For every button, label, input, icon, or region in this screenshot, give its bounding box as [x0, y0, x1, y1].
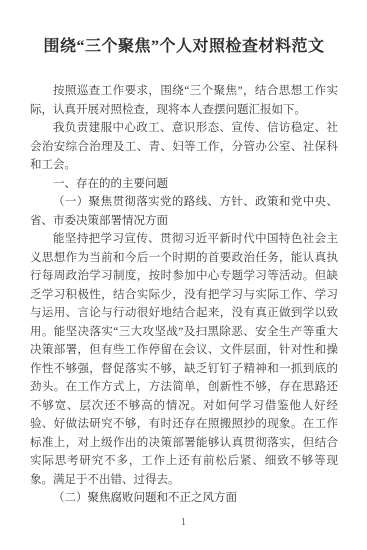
- section-heading-main-problems: 一、存在的的主要问题: [30, 175, 338, 194]
- document-content: 围绕“三个聚焦”个人对照检查材料范文 按照巡查工作要求，围绕“三个聚焦”，结合思…: [30, 36, 338, 508]
- section-heading-focus-two: （二）聚焦腐败问题和不正之风方面: [30, 489, 338, 508]
- section-heading-focus-one: （一）聚焦贯彻落实党的路线、方针、政策和党中央、省、市委决策部署情况方面: [30, 193, 338, 230]
- page-number: 1: [0, 517, 367, 528]
- paragraph-responsibilities: 我负责建服中心政工、意识形态、宣传、信访稳定、社会治安综合治理及工、青、妇等工作…: [30, 119, 338, 175]
- paragraph-intro: 按照巡查工作要求，围绕“三个聚焦”，结合思想工作实际，认真开展对照检查，现将本人…: [30, 82, 338, 119]
- document-page: 围绕“三个聚焦”个人对照检查材料范文 按照巡查工作要求，围绕“三个聚焦”，结合思…: [0, 0, 367, 550]
- document-title: 围绕“三个聚焦”个人对照检查材料范文: [30, 36, 338, 58]
- paragraph-focus-one-body: 能坚持把学习宣传、贯彻习近平新时代中国特色社会主义思想作为当前和今后一个时期的首…: [30, 230, 338, 489]
